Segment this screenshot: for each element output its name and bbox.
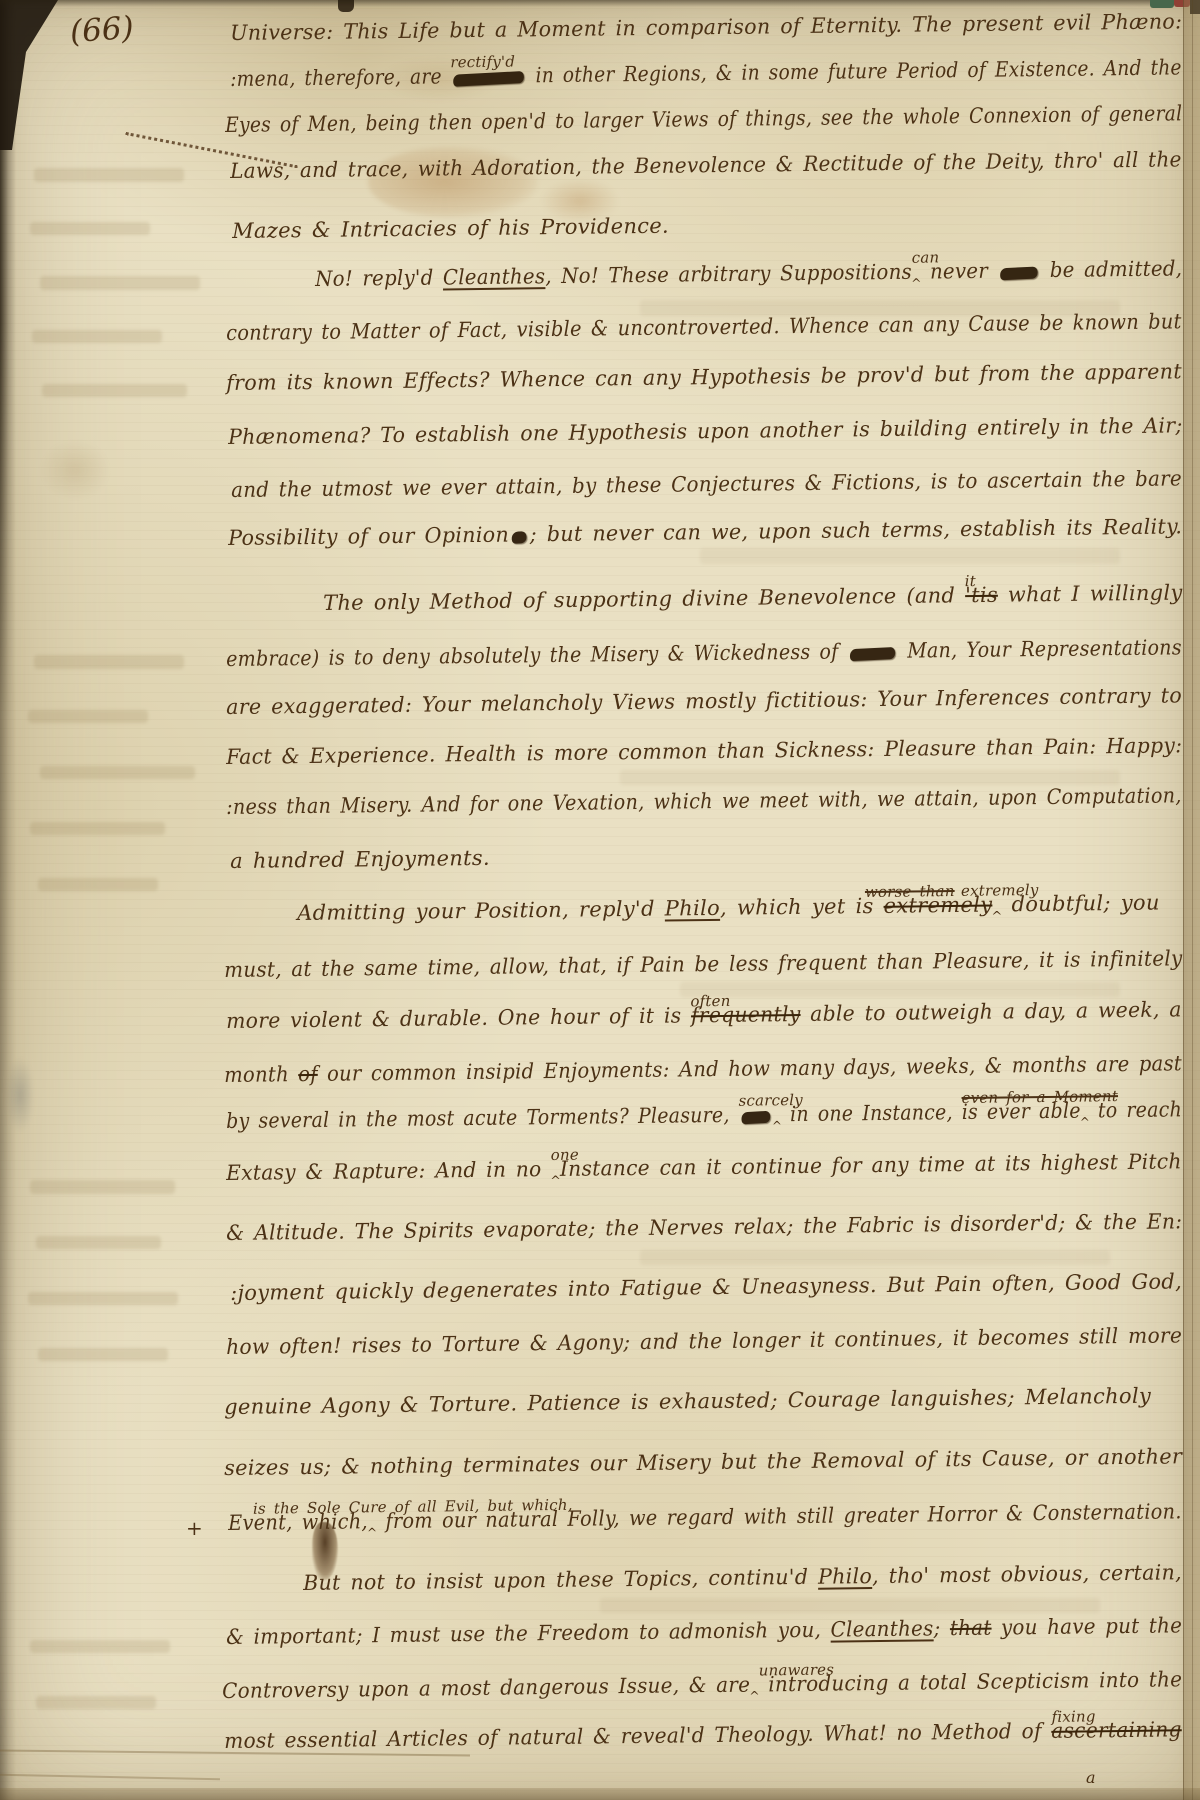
underlined-name: Philo [818,1564,872,1589]
text-run: genuine Agony & Torture. Patience is exh… [224,1384,1151,1419]
bleed-through-text [600,1598,1100,1613]
manuscript-line: But not to insist upon these Topics, con… [303,1559,1182,1596]
bleed-through-text [28,710,148,723]
caret-mark: ^ [991,904,1003,930]
underlined-name: Cleanthes [443,264,546,289]
text-run: :ness than Misery. And for one Vexation,… [226,783,1182,819]
manuscript-line: Fact & Experience. Health is more common… [226,732,1182,770]
manuscript-line: oftenmore violent & durable. One hour of… [226,996,1182,1034]
underlined-name: Cleanthes [830,1616,933,1641]
manuscript-line: scarcelyeven for a Momentby several in t… [226,1096,1182,1138]
text-run: to reach [1089,1097,1182,1122]
text-run: how often! rises to Torture & Agony; and… [226,1323,1182,1359]
text-run: Universe: This Life but a Moment in comp… [230,9,1182,45]
struck-text: of [298,1062,318,1086]
text-run: our common insipid Enjoyments: And how m… [318,1051,1183,1086]
bleed-through-text [36,1696,156,1709]
page-bottom-crease [0,1774,220,1781]
text-run: Extasy & Rapture: And in no [226,1157,551,1185]
bleed-through-text [30,822,165,835]
text-run: introducing a total Scepticism into the [759,1667,1183,1696]
manuscript-line: unawaresControversy upon a most dangerou… [222,1666,1182,1708]
bleed-through-text [34,168,184,182]
bleed-through-text [28,1292,178,1305]
bleed-through-text [36,1236,161,1249]
bleed-through-text [30,1640,170,1653]
bleed-through-text [34,655,184,669]
interlinear-insertion: extremely [961,877,1039,904]
text-run: ; but never can we, upon such terms, est… [530,514,1183,546]
page-number: (66) [69,10,135,50]
text-run: from its known Effects? Whence can any H… [226,359,1182,395]
text-run: by several in the most acute Torments? P… [226,1103,739,1133]
text-run: The only Method of supporting divine Ben… [323,583,965,615]
text-run: , which yet is [720,894,884,920]
headband-thread-green [1150,0,1174,8]
text-run: , No! These arbitrary Suppositions [545,260,912,288]
manuscript-line: is the Sole Cure of all Evil, but which,… [228,1498,1182,1540]
manuscript-line: from its known Effects? Whence can any H… [226,358,1182,396]
text-run: Admitting your Position, reply'd [297,897,665,925]
page-top-edge [0,0,1200,7]
text-run: month [224,1062,298,1087]
manuscript-line: and the utmost we ever attain, by these … [231,465,1182,503]
manuscript-line: must, at the same time, allow, that, if … [224,945,1182,983]
manuscript-line: Possibility of our Opinion; but never ca… [228,513,1182,551]
text-run: & important; I must use the Freedom to a… [226,1618,831,1649]
bleed-through-text [30,1180,175,1194]
manuscript-line: Phænomena? To establish one Hypothesis u… [228,412,1182,450]
struck-text: ascertaining [1051,1717,1182,1743]
text-run: able to outweigh a day, a week, a [800,997,1181,1026]
caret-mark: ^ [367,1521,378,1547]
text-run: :mena, therefore, are [230,64,451,91]
text-run: must, at the same time, allow, that, if … [224,946,1183,982]
caret-mark: ^ [772,1114,782,1140]
text-run: you have put the [991,1613,1182,1639]
text-run: Instance can it continue for any time at… [560,1149,1182,1181]
struck-text: frequently [691,1002,801,1027]
text-run: Man, Your Representations [898,635,1182,662]
caret-mark: ^ [550,1169,561,1195]
text-run: embrace) is to deny absolutely the Miser… [226,639,848,671]
ink-blot-deletion [453,71,524,87]
marginal-plus-mark: + [186,1516,203,1540]
text-run: what I willingly [998,581,1183,607]
struck-text: 'tis [965,583,998,607]
interlinear-deleted-text: worse than [865,878,955,905]
text-run: be admitted, [1040,256,1182,282]
binding-edge-left [0,0,16,1800]
caret-mark: ^ [749,1684,760,1710]
ink-blot-deletion [1000,266,1038,280]
struck-text: that [950,1616,992,1641]
bleed-through-text [42,384,187,397]
page-right-edge-line [1183,0,1184,1800]
text-run: in other Regions, & in some future Perio… [527,55,1182,87]
manuscript-line: contrary to Matter of Fact, visible & un… [226,308,1182,346]
text-run: and the utmost we ever attain, by these … [231,466,1182,502]
bleed-through-text [640,1250,1110,1265]
text-run: a hundred Enjoyments. [230,846,490,873]
page-bottom-edge [0,1788,1200,1800]
text-run: Mazes & Intricacies of his Providence. [232,214,669,243]
text-run: Eyes of Men, being then open'd to larger… [225,101,1182,137]
bleed-through-text [38,878,158,891]
manuscript-line: Mazes & Intricacies of his Providence. [232,206,1182,244]
text-run: is ever able [962,1099,1081,1124]
catchword: a [1086,1768,1096,1787]
manuscript-line: itThe only Method of supporting divine B… [323,580,1182,616]
text-run: seizes us; & nothing terminates our Mise… [224,1444,1182,1480]
manuscript-line: :ness than Misery. And for one Vexation,… [226,782,1182,820]
text-run: Possibility of our Opinion [228,523,509,550]
manuscript-line: & Altitude. The Spirits evaporate; the N… [226,1208,1182,1246]
bleed-through-text [620,770,1120,785]
manuscript-line: Universe: This Life but a Moment in comp… [230,8,1182,46]
manuscript-line: Laws, and trace, with Adoration, the Ben… [230,146,1182,184]
text-run: & Altitude. The Spirits evaporate; the N… [226,1209,1182,1245]
manuscript-line: seizes us; & nothing terminates our Mise… [224,1443,1182,1481]
ink-mark-top-edge [338,0,354,12]
caret-mark: ^ [911,272,922,298]
text-run: , tho' most obvious, certain, [872,1560,1182,1588]
text-run: Phænomena? To establish one Hypothesis u… [228,413,1183,449]
bleed-through-text [30,222,150,235]
page-under-edge-line [1192,0,1193,1800]
text-run: are exaggerated: Your melancholy Views m… [226,683,1182,719]
text-run: ; [933,1616,950,1640]
paper-stain [40,440,110,500]
ink-blot-deletion [741,1111,770,1124]
manuscript-line: are exaggerated: Your melancholy Views m… [226,682,1182,720]
manuscript-page: (66) + a Universe: This Life but a Momen… [0,0,1200,1800]
manuscript-line: how often! rises to Torture & Agony; and… [226,1322,1182,1360]
text-run: But not to insist upon these Topics, con… [303,1565,818,1595]
manuscript-line: rectify'd:mena, therefore, are in other … [230,54,1182,92]
underlined-name: Philo [665,896,721,921]
text-run: most essential Articles of natural & rev… [224,1719,1051,1753]
bleed-through-text [700,548,1120,564]
text-run: Controversy upon a most dangerous Issue,… [222,1673,750,1703]
ink-blot-deletion [512,531,527,544]
manuscript-line: genuine Agony & Torture. Patience is exh… [224,1382,1182,1420]
manuscript-line: month of our common insipid Enjoyments: … [224,1050,1182,1088]
ink-blot-deletion [850,647,896,661]
bleed-through-text [38,1348,168,1361]
manuscript-line: oneExtasy & Rapture: And in no ^Instance… [226,1148,1182,1190]
text-run: Fact & Experience. Health is more common… [226,733,1182,769]
text-run: in one Instance, [781,1100,962,1126]
manuscript-line: Eyes of Men, being then open'd to larger… [225,100,1182,138]
manuscript-line: a hundred Enjoyments. [230,836,1182,874]
bleed-through-text [40,766,195,779]
bleed-through-text [680,982,1120,997]
manuscript-line: worse thanextremelyAdmitting your Positi… [297,889,1182,930]
text-run: contrary to Matter of Fact, visible & un… [226,309,1182,345]
manuscript-line: embrace) is to deny absolutely the Miser… [226,634,1182,672]
manuscript-line: canNo! reply'd Cleanthes, No! These arbi… [315,255,1182,296]
text-run: :joyment quickly degenerates into Fatigu… [230,1269,1182,1305]
manuscript-line: :joyment quickly degenerates into Fatigu… [230,1268,1182,1306]
bleed-through-text [32,330,162,343]
caret-mark: ^ [1080,1110,1090,1136]
text-run: No! reply'd [315,265,443,291]
text-run: Laws, and trace, with Adoration, the Ben… [230,147,1182,183]
text-run: never [920,259,997,284]
manuscript-line: fixingmost essential Articles of natural… [224,1716,1182,1754]
binding-corner-top-left [0,0,70,150]
bleed-through-text [40,276,200,290]
manuscript-line: & important; I must use the Freedom to a… [226,1612,1182,1650]
text-run: more violent & durable. One hour of it i… [226,1003,691,1033]
text-run: Event, which, [228,1509,368,1535]
